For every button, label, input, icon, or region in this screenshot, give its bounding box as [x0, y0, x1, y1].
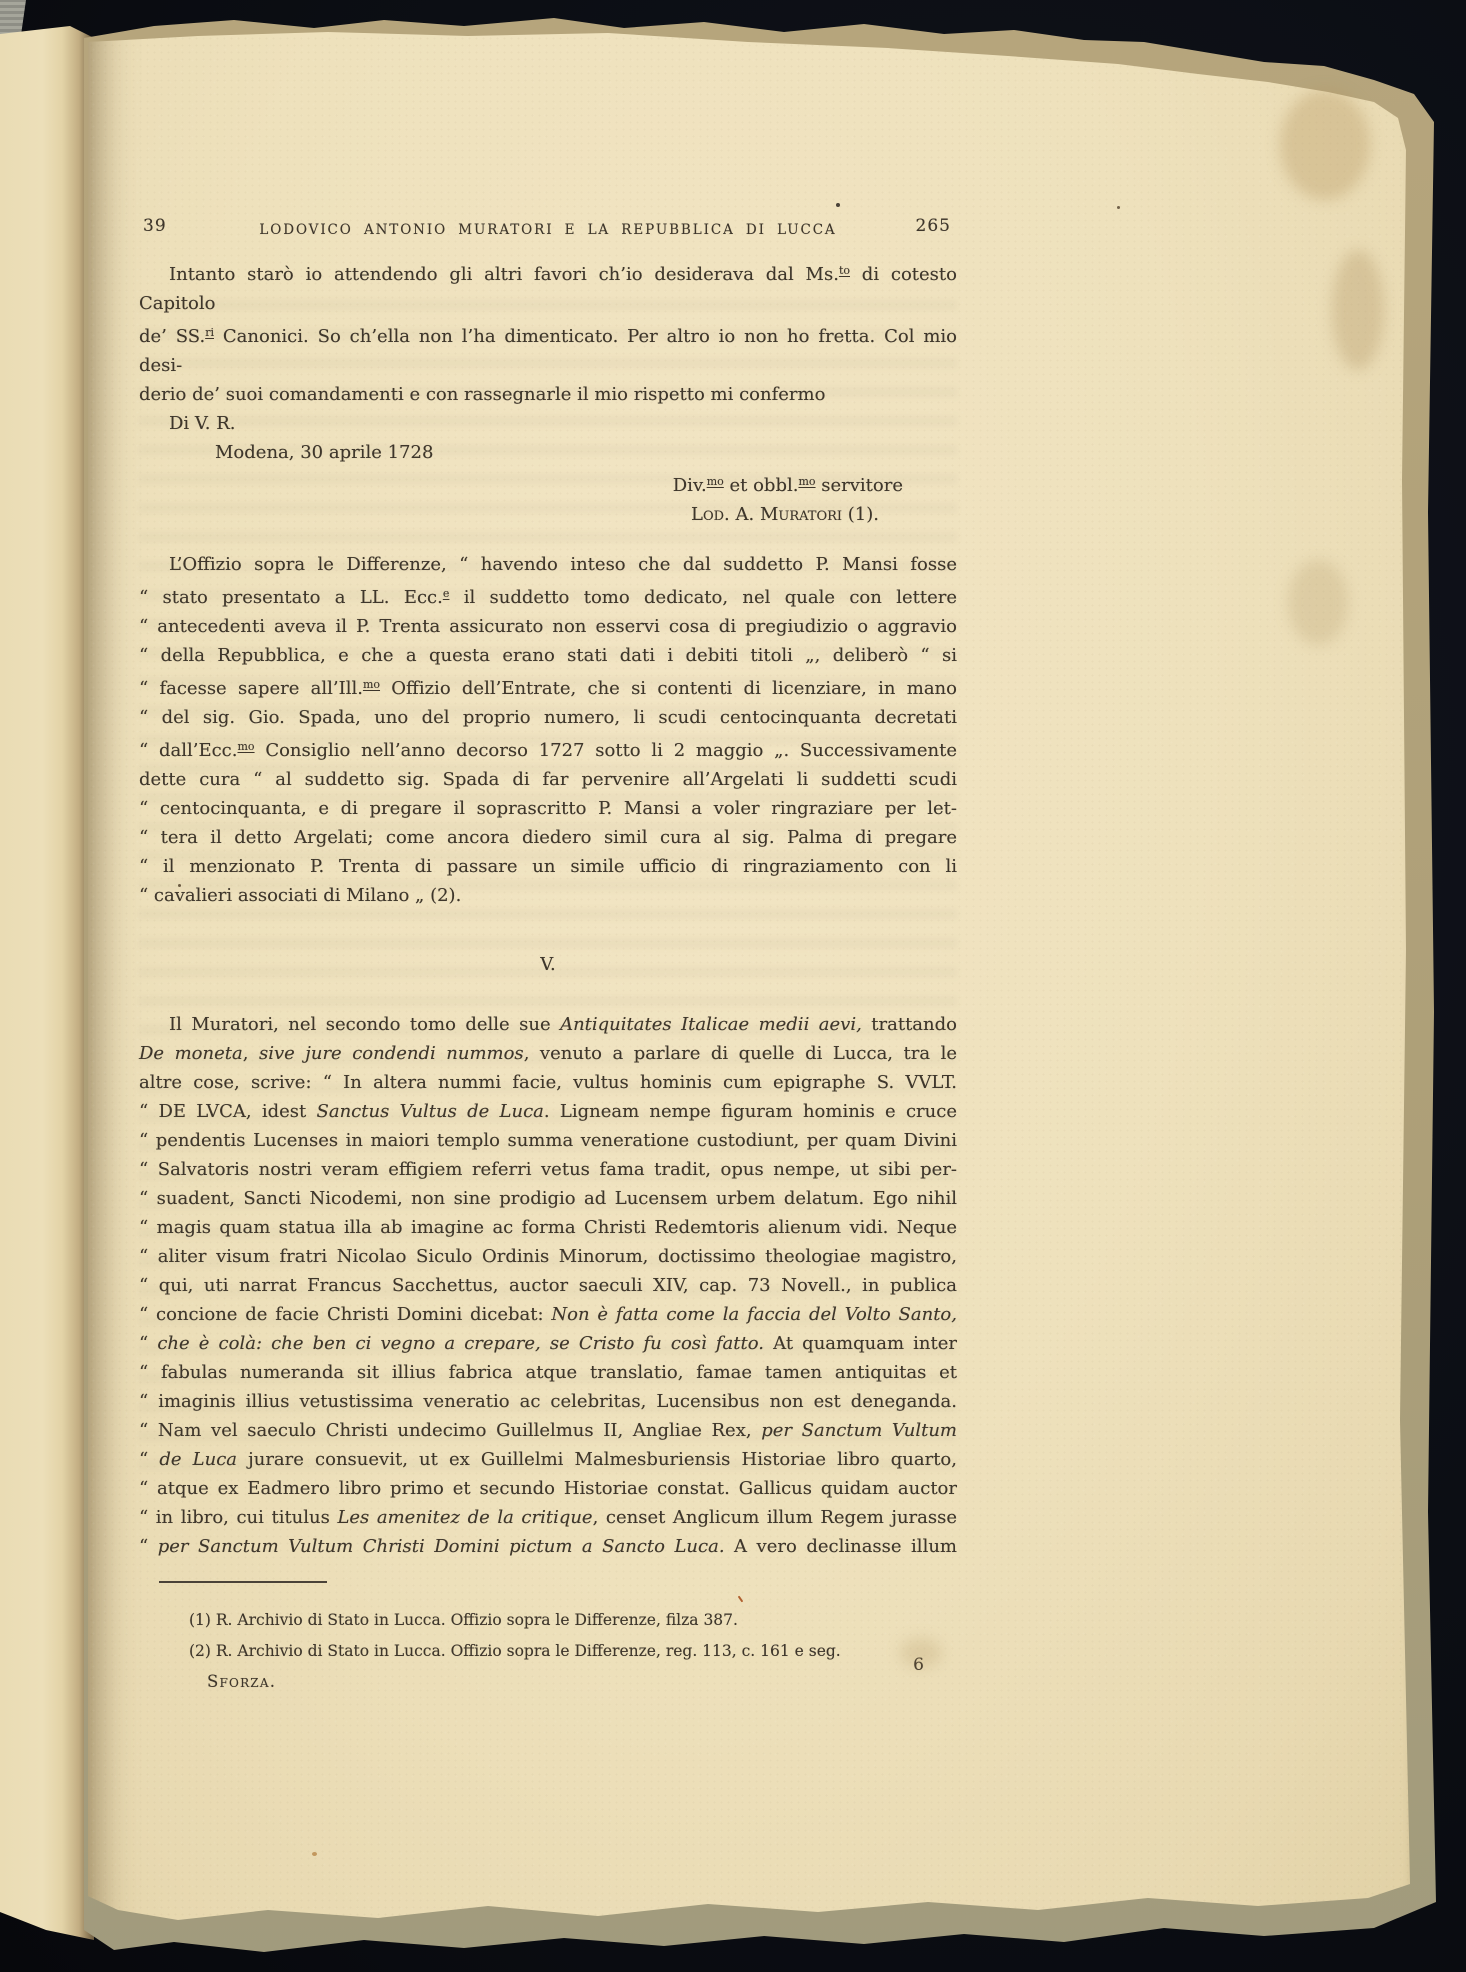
text-segment: trattando	[862, 1014, 957, 1035]
footnote: (2) R. Archivio di Stato in Lucca. Offiz…	[139, 1636, 957, 1667]
text-line: “ Salvatoris nostri veram effigiem refer…	[139, 1155, 957, 1184]
text-segment: “ Salvatoris nostri veram effigiem refer…	[139, 1159, 957, 1180]
text-segment: Muratori	[760, 504, 842, 525]
running-header: 39 LODOVICO ANTONIO MURATORI E LA REPUBB…	[139, 212, 957, 238]
text-segment: Les amenitez de la critique	[337, 1507, 592, 1528]
text-line: “ cavalieri associati di Milano „ (2).	[139, 881, 957, 910]
paper-speck	[178, 884, 181, 887]
section-heading: V.	[139, 950, 957, 979]
text-line: “ dall’Ecc.mo Consiglio nell’anno decors…	[139, 732, 957, 765]
page-footer: Sforza. 6	[139, 1667, 957, 1696]
text-segment: Antiquitates Italicae medii aevi,	[560, 1014, 862, 1035]
text-line: “ pendentis Lucenses in maiori templo su…	[139, 1126, 957, 1155]
text-line: De moneta, sive jure condendi nummos, ve…	[139, 1039, 957, 1068]
text-body: Intanto starò io attendendo gli altri fa…	[139, 256, 957, 1561]
text-segment: “	[139, 1536, 158, 1557]
paper-stain	[1280, 90, 1370, 200]
text-segment: mo	[363, 678, 380, 691]
scanned-book-photo: { "colors":{"paper":"#eee1bc","ink":"#3e…	[0, 0, 1466, 1972]
facing-page-edge	[0, 26, 94, 1940]
text-line: L’Offizio sopra le Differenze, “ havendo…	[139, 550, 957, 579]
text-segment: sive jure condendi nummos	[259, 1043, 524, 1064]
text-segment: Div.	[673, 475, 707, 496]
text-segment: “ tera il detto Argelati; come ancora di…	[139, 827, 957, 848]
text-segment: “ imaginis illius vetustissima veneratio…	[139, 1391, 957, 1412]
text-line: “ fabulas numeranda sit illius fabrica a…	[139, 1358, 957, 1387]
text-segment: “ cavalieri associati di Milano „ (2).	[139, 885, 461, 906]
text-segment: ,	[243, 1043, 259, 1064]
paragraph: Il Muratori, nel secondo tomo delle sue …	[139, 1010, 957, 1561]
text-flow: Intanto starò io attendendo gli altri fa…	[139, 256, 957, 1696]
text-segment: Intanto starò io attendendo gli altri fa…	[169, 264, 839, 285]
text-line: “ stato presentato a LL. Ecc.e il suddet…	[139, 579, 957, 612]
text-line: Di V. R.	[139, 409, 957, 438]
text-line: “ DE LVCA, idest Sanctus Vultus de Luca.…	[139, 1097, 957, 1126]
text-line: “ antecedenti aveva il P. Trenta assicur…	[139, 612, 957, 641]
text-line: “ della Repubblica, e che a questa erano…	[139, 641, 957, 670]
text-segment: “ del sig. Gio. Spada, uno del proprio n…	[139, 707, 957, 728]
text-segment: Di V. R.	[169, 413, 235, 434]
text-segment: Offizio dell’Entrate, che si contenti di…	[380, 678, 957, 699]
text-segment: Lod.	[691, 504, 730, 525]
paper-speck	[1117, 206, 1120, 209]
text-segment: Canonici. So ch’ella non l’ha dimenticat…	[139, 326, 957, 376]
footnote: (1) R. Archivio di Stato in Lucca. Offiz…	[139, 1605, 957, 1636]
text-segment: mo	[707, 475, 724, 488]
text-segment: de Luca	[159, 1449, 237, 1470]
text-segment: “ antecedenti aveva il P. Trenta assicur…	[139, 616, 957, 637]
text-line: Il Muratori, nel secondo tomo delle sue …	[139, 1010, 957, 1039]
text-segment: che è colà: che ben ci vegno a crepare, …	[157, 1333, 764, 1354]
text-line: “ centocinquanta, e di pregare il sopras…	[139, 794, 957, 823]
text-segment: dette cura “ al suddetto sig. Spada di f…	[139, 769, 957, 790]
text-segment: “ magis quam statua illa ab imagine ac f…	[139, 1217, 957, 1238]
text-line: “ suadent, Sancti Nicodemi, non sine pro…	[139, 1184, 957, 1213]
text-line: Div.mo et obbl.mo servitore	[139, 467, 957, 500]
text-line: “ Nam vel saeculo Christi undecimo Guill…	[139, 1416, 957, 1445]
text-segment: de’ SS.	[139, 326, 205, 347]
text-segment: “ fabulas numeranda sit illius fabrica a…	[139, 1362, 957, 1383]
text-segment: Il Muratori, nel secondo tomo delle sue	[169, 1014, 560, 1035]
paragraph: L’Offizio sopra le Differenze, “ havendo…	[139, 550, 957, 910]
text-line: “ tera il detto Argelati; come ancora di…	[139, 823, 957, 852]
paper-stain	[1288, 560, 1348, 645]
text-segment: “ il menzionato P. Trenta di passare un …	[139, 856, 957, 877]
text-segment: (1).	[842, 504, 879, 525]
text-segment: altre cose, scrive: “ In altera nummi fa…	[139, 1072, 957, 1093]
text-line: “ che è colà: che ben ci vegno a crepare…	[139, 1329, 957, 1358]
page-content: 39 LODOVICO ANTONIO MURATORI E LA REPUBB…	[139, 0, 957, 1972]
text-line: Lod. A. Muratori (1).	[139, 500, 957, 529]
text-segment: Sanctus Vultus de Luca	[317, 1101, 544, 1122]
text-segment: to	[839, 264, 850, 277]
text-line: Modena, 30 aprile 1728	[139, 438, 957, 467]
text-segment: “ concione de facie Christi Domini diceb…	[139, 1304, 551, 1325]
text-segment: “ della Repubblica, e che a questa erano…	[139, 645, 957, 666]
text-segment: “	[139, 1333, 157, 1354]
text-line: “ imaginis illius vetustissima veneratio…	[139, 1387, 957, 1416]
text-segment: il suddetto tomo dedicato, nel quale con…	[449, 587, 957, 608]
text-segment: , censet Anglicum illum Regem jurasse	[593, 1507, 957, 1528]
footnote-separator-rule	[159, 1581, 327, 1583]
text-segment: “ aliter visum fratri Nicolao Siculo Ord…	[139, 1246, 957, 1267]
text-segment: “ dall’Ecc.	[139, 740, 237, 761]
text-segment: ri	[205, 326, 214, 339]
text-segment: “ facesse sapere all’Ill.	[139, 678, 363, 699]
text-segment: “ centocinquanta, e di pregare il sopras…	[139, 798, 957, 819]
paper-stain	[900, 1638, 942, 1668]
text-segment: per Sanctum Vultum Christi Domini pictum…	[158, 1536, 725, 1557]
text-segment: “ suadent, Sancti Nicodemi, non sine pro…	[139, 1188, 957, 1209]
text-segment: mo	[237, 740, 254, 753]
page-number: 265	[916, 212, 951, 241]
text-segment: “ qui, uti narrat Francus Sacchettus, au…	[139, 1275, 957, 1296]
text-segment: jurare consuevit, ut ex Guillelmi Malmes…	[237, 1449, 957, 1470]
text-segment: “ stato presentato a LL. Ecc.	[139, 587, 443, 608]
text-segment: De moneta	[139, 1043, 243, 1064]
text-segment: , venuto a parlare di quelle di Lucca, t…	[524, 1043, 957, 1064]
text-line: “ il menzionato P. Trenta di passare un …	[139, 852, 957, 881]
text-segment: Modena, 30 aprile 1728	[215, 442, 433, 463]
text-line: “ de Luca jurare consuevit, ut ex Guille…	[139, 1445, 957, 1474]
text-segment: . Ligneam nempe figuram hominis e cruce	[544, 1101, 957, 1122]
text-line: “ aliter visum fratri Nicolao Siculo Ord…	[139, 1242, 957, 1271]
footnotes: (1) R. Archivio di Stato in Lucca. Offiz…	[139, 1605, 957, 1667]
text-line: “ atque ex Eadmero libro primo et secund…	[139, 1474, 957, 1503]
text-segment: Non è fatta come la faccia del Volto San…	[551, 1304, 957, 1325]
text-segment: mo	[798, 475, 815, 488]
text-segment: “ pendentis Lucenses in maiori templo su…	[139, 1130, 957, 1151]
text-segment: servitore	[816, 475, 903, 496]
text-segment: “ in libro, cui titulus	[139, 1507, 337, 1528]
text-segment: derio de’ suoi comandamenti e con rasseg…	[139, 384, 825, 405]
text-line: “ facesse sapere all’Ill.mo Offizio dell…	[139, 670, 957, 703]
paper-speck	[836, 203, 840, 207]
text-line: dette cura “ al suddetto sig. Spada di f…	[139, 765, 957, 794]
paragraph: Intanto starò io attendendo gli altri fa…	[139, 256, 957, 467]
text-line: “ del sig. Gio. Spada, uno del proprio n…	[139, 703, 957, 732]
text-line: “ in libro, cui titulus Les amenitez de …	[139, 1503, 957, 1532]
text-segment: At quamquam inter	[764, 1333, 957, 1354]
text-segment: L’Offizio sopra le Differenze, “ havendo…	[169, 554, 957, 575]
text-line: Intanto starò io attendendo gli altri fa…	[139, 256, 957, 318]
signature-block: Div.mo et obbl.mo servitoreLod. A. Murat…	[139, 467, 957, 529]
text-segment: “ DE LVCA, idest	[139, 1101, 317, 1122]
paper-stain	[1332, 250, 1384, 370]
printer-signature-name: Sforza.	[207, 1667, 276, 1696]
running-title: LODOVICO ANTONIO MURATORI E LA REPUBBLIC…	[139, 216, 957, 245]
text-line: derio de’ suoi comandamenti e con rasseg…	[139, 380, 957, 409]
text-line: “ concione de facie Christi Domini diceb…	[139, 1300, 957, 1329]
text-line: “ magis quam statua illa ab imagine ac f…	[139, 1213, 957, 1242]
text-line: de’ SS.ri Canonici. So ch’ella non l’ha …	[139, 318, 957, 380]
text-segment: per Sanctum Vultum	[761, 1420, 957, 1441]
text-segment: “ Nam vel saeculo Christi undecimo Guill…	[139, 1420, 761, 1441]
text-segment: A.	[730, 504, 760, 525]
text-segment: “ atque ex Eadmero libro primo et secund…	[139, 1478, 957, 1499]
text-segment: “	[139, 1449, 159, 1470]
text-line: “ per Sanctum Vultum Christi Domini pict…	[139, 1532, 957, 1561]
text-segment: A vero declinasse illum	[725, 1536, 957, 1557]
text-segment: et obbl.	[724, 475, 799, 496]
text-segment: Consiglio nell’anno decorso 1727 sotto l…	[255, 740, 957, 761]
text-line: altre cose, scrive: “ In altera nummi fa…	[139, 1068, 957, 1097]
paper-speck	[312, 1852, 317, 1856]
text-line: “ qui, uti narrat Francus Sacchettus, au…	[139, 1271, 957, 1300]
